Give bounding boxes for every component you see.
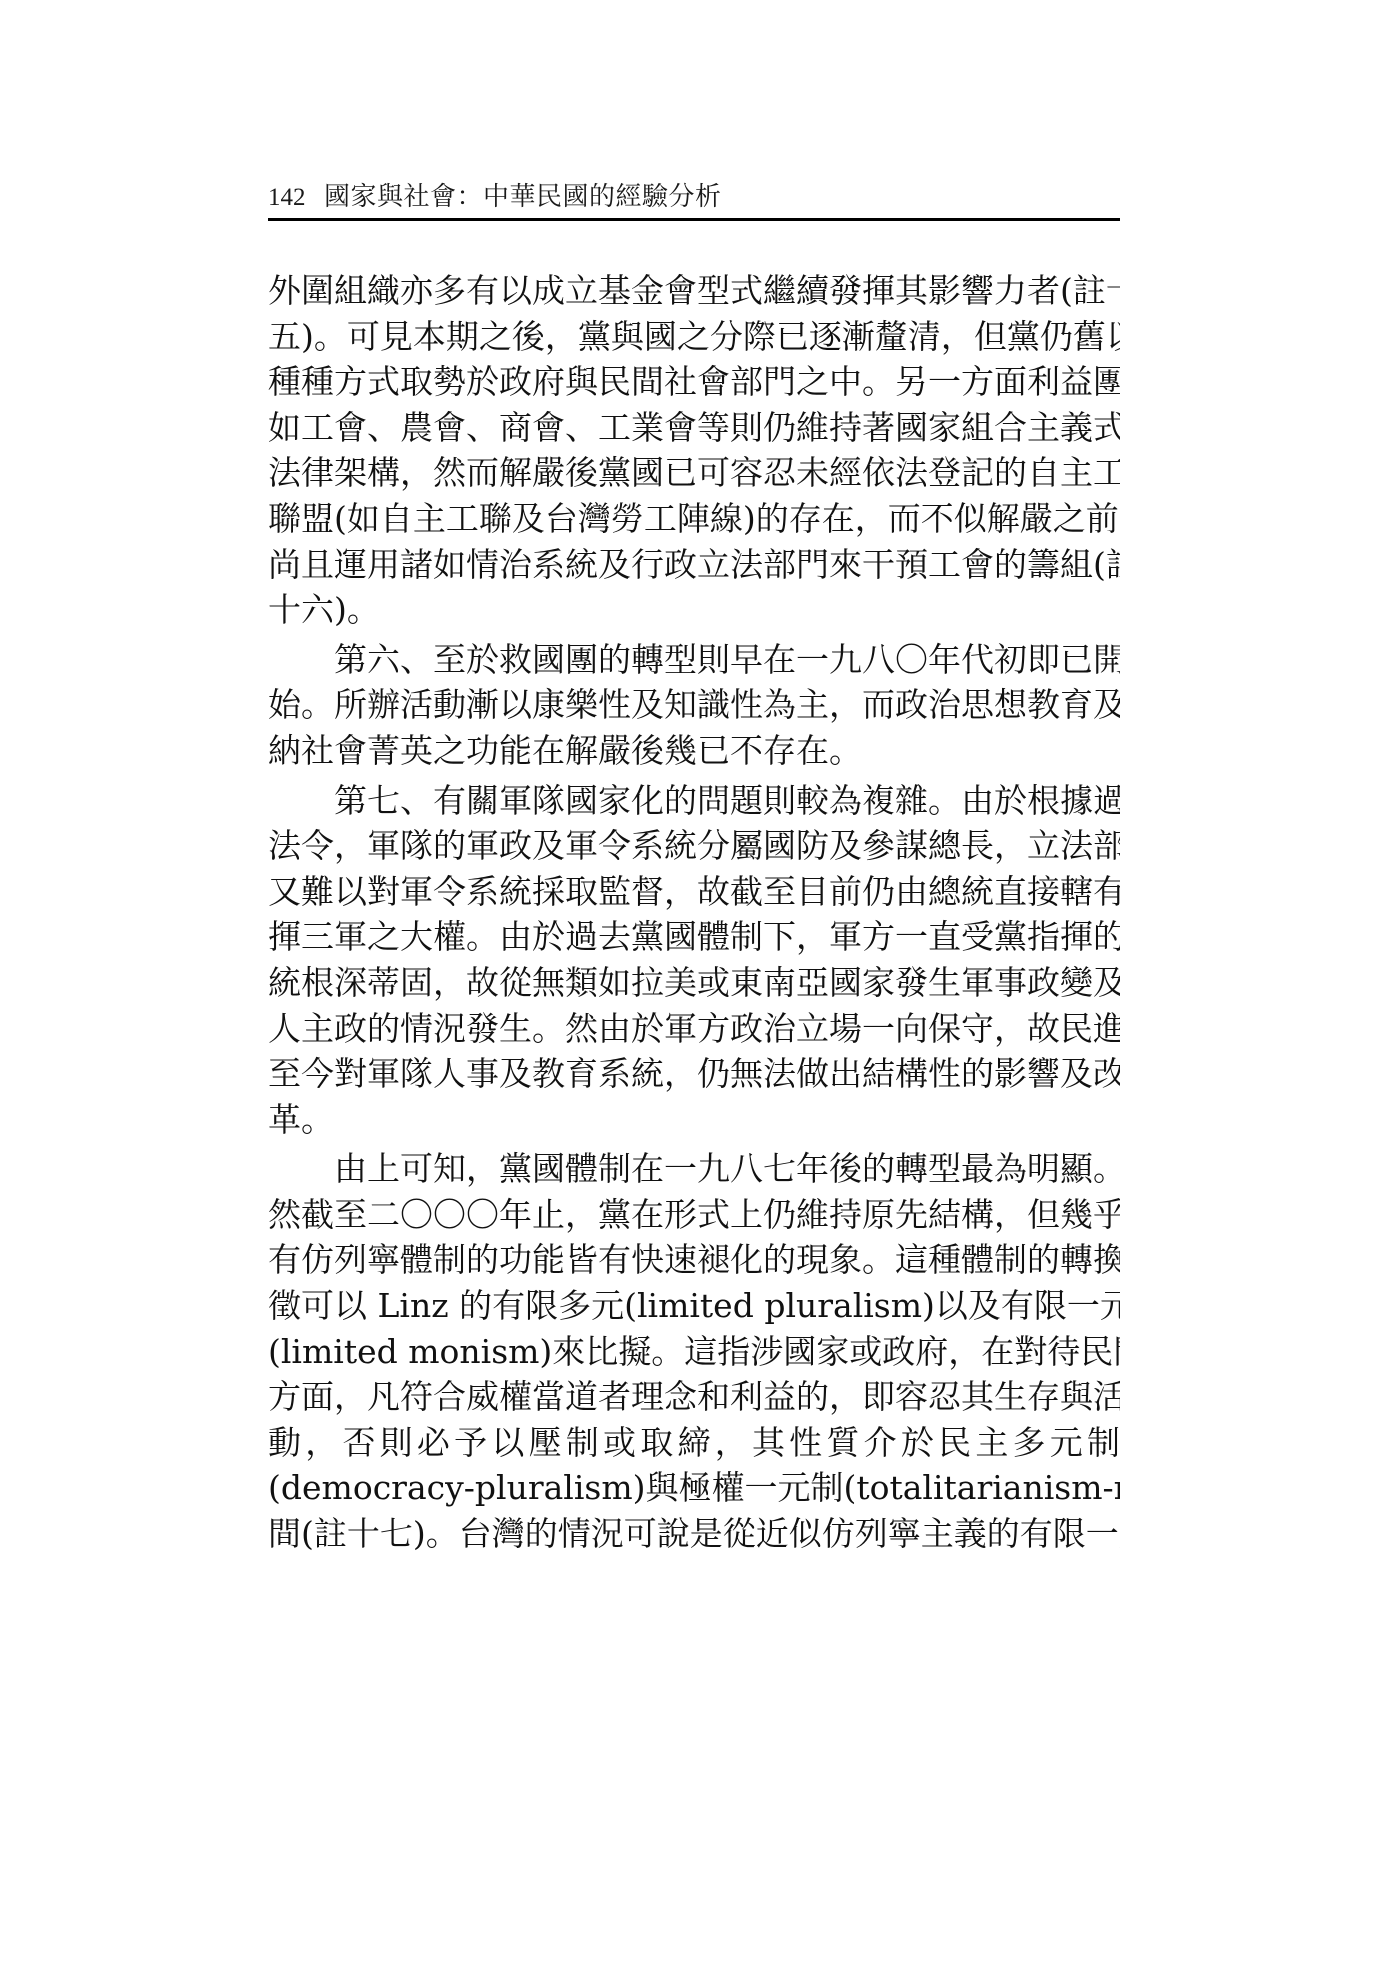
- text-line: 五)。可見本期之後，黨與國之分際已逐漸釐清，但黨仍舊以: [268, 314, 1120, 360]
- text-line: (limited monism)來比擬。這指涉國家或政府，在對待民間團體: [268, 1329, 1120, 1375]
- text-line: 然截至二〇〇〇年止，黨在形式上仍維持原先結構，但幾乎所: [268, 1192, 1120, 1238]
- text-line: 始。所辦活動漸以康樂性及知識性為主，而政治思想教育及吸: [268, 682, 1120, 728]
- text-line: 統根深蒂固，故從無類如拉美或東南亞國家發生軍事政變及軍: [268, 960, 1120, 1006]
- text-line: 法令，軍隊的軍政及軍令系統分屬國防及參謀總長，立法部門: [268, 823, 1120, 869]
- paragraph-1: 外圍組織亦多有以成立基金會型式繼續發揮其影響力者(註十 五)。可見本期之後，黨與…: [268, 268, 1120, 633]
- paragraph-2: 第六、至於救國團的轉型則早在一九八〇年代初即已開 始。所辦活動漸以康樂性及知識性…: [268, 637, 1120, 774]
- text-line: 法律架構，然而解嚴後黨國已可容忍未經依法登記的自主工會: [268, 450, 1120, 496]
- text-line: 至今對軍隊人事及教育系統，仍無法做出結構性的影響及改: [268, 1051, 1120, 1097]
- text-line: 由上可知，黨國體制在一九八七年後的轉型最為明顯。雖: [268, 1146, 1120, 1192]
- paragraph-3: 第七、有關軍隊國家化的問題則較為複雜。由於根據過去 法令，軍隊的軍政及軍令系統分…: [268, 778, 1120, 1143]
- text-line: 有仿列寧體制的功能皆有快速褪化的現象。這種體制的轉換特: [268, 1237, 1120, 1283]
- text-line: 徵可以 Linz 的有限多元(limited pluralism)以及有限一元: [268, 1283, 1120, 1329]
- text-line: 揮三軍之大權。由於過去黨國體制下，軍方一直受黨指揮的傳: [268, 914, 1120, 960]
- text-line: 又難以對軍令系統採取監督，故截至目前仍由總統直接轄有指: [268, 869, 1120, 915]
- text-line: 種種方式取勢於政府與民間社會部門之中。另一方面利益團體: [268, 359, 1120, 405]
- page-number: 142: [268, 181, 324, 215]
- text-line: 外圍組織亦多有以成立基金會型式繼續發揮其影響力者(註十: [268, 268, 1120, 314]
- text-line: 間(註十七)。台灣的情況可說是從近似仿列寧主義的有限一元: [268, 1511, 1120, 1557]
- body-text: 外圍組織亦多有以成立基金會型式繼續發揮其影響力者(註十 五)。可見本期之後，黨與…: [268, 268, 1120, 1557]
- text-line: 納社會菁英之功能在解嚴後幾已不存在。: [268, 728, 1120, 774]
- text-line: 方面，凡符合威權當道者理念和利益的，即容忍其生存與活: [268, 1374, 1120, 1420]
- text-line: 十六)。: [268, 587, 1120, 633]
- header-rule: [268, 218, 1120, 221]
- paragraph-4: 由上可知，黨國體制在一九八七年後的轉型最為明顯。雖 然截至二〇〇〇年止，黨在形式…: [268, 1146, 1120, 1556]
- running-head: 142國家與社會：中華民國的經驗分析: [268, 180, 1120, 214]
- text-line: 第六、至於救國團的轉型則早在一九八〇年代初即已開: [268, 637, 1120, 683]
- text-line: 尚且運用諸如情治系統及行政立法部門來干預工會的籌組(註: [268, 542, 1120, 588]
- text-line: 動，否則必予以壓制或取締，其性質介於民主多元制: [268, 1420, 1120, 1466]
- text-line: 聯盟(如自主工聯及台灣勞工陣線)的存在，而不似解嚴之前，: [268, 496, 1120, 542]
- text-line: 第七、有關軍隊國家化的問題則較為複雜。由於根據過去: [268, 778, 1120, 824]
- text-line: 如工會、農會、商會、工業會等則仍維持著國家組合主義式的: [268, 405, 1120, 451]
- book-title: 國家與社會：中華民國的經驗分析: [324, 180, 722, 214]
- text-line: (democracy-pluralism)與極權一元制(totalitarian…: [268, 1465, 1120, 1511]
- text-line: 革。: [268, 1097, 1120, 1143]
- text-line: 人主政的情況發生。然由於軍方政治立場一向保守，故民進黨: [268, 1006, 1120, 1052]
